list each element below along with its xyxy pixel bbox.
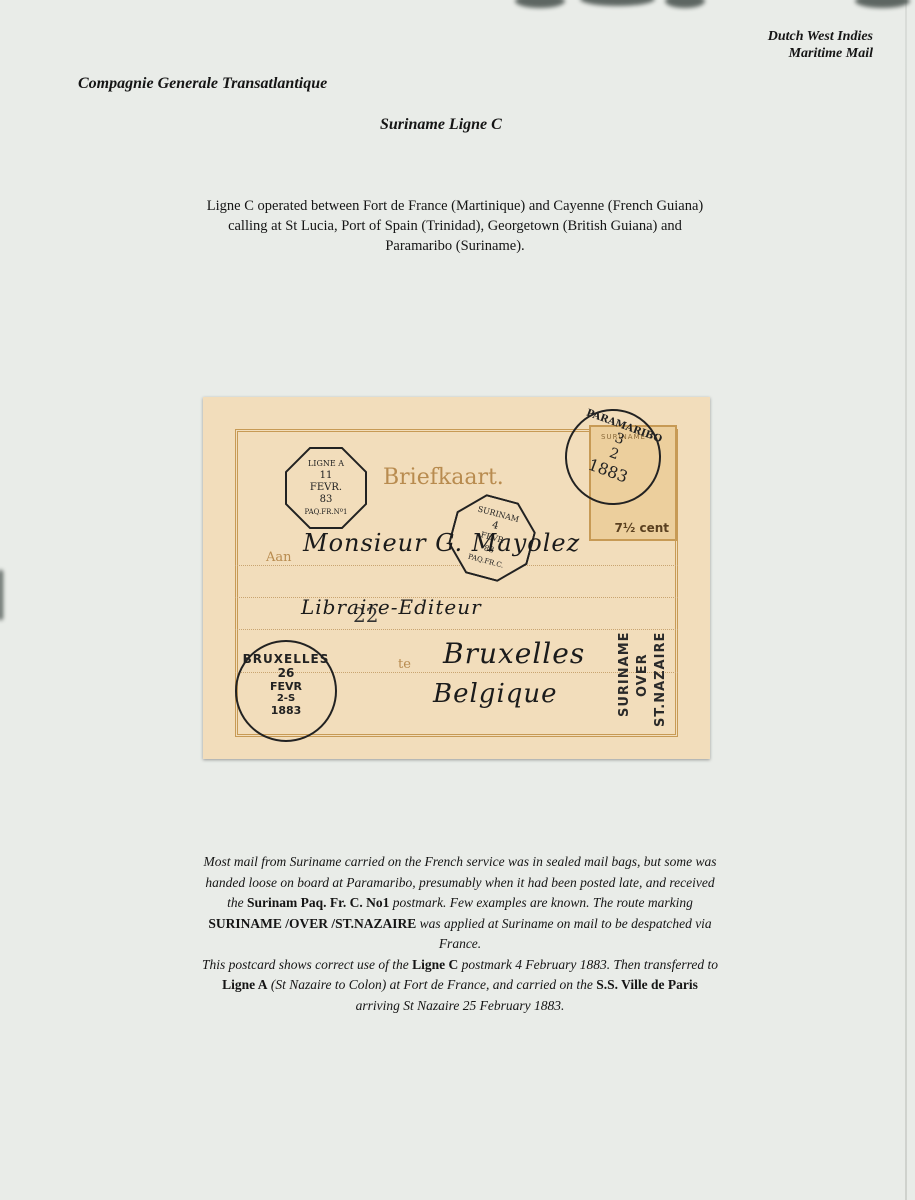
address-occupation: Libraire-Editeur (301, 595, 482, 619)
postmark-name: Surinam Paq. Fr. C. No1 (247, 895, 389, 910)
te-label: te (398, 657, 411, 672)
ship-name: S.S. Ville de Paris (596, 977, 698, 992)
postmark-year: 1883 (237, 704, 335, 717)
top-edge-smudge (855, 0, 910, 8)
address-line (235, 629, 678, 630)
heading-line-1: Dutch West Indies (768, 28, 873, 45)
address-country: Belgique (433, 679, 558, 709)
aan-label: Aan (266, 550, 292, 565)
postmark-day: 11 (320, 470, 333, 482)
collection-heading: Dutch West Indies Maritime Mail (768, 28, 873, 62)
postmark-year: 83 (320, 494, 333, 506)
postcard-image: Briefkaart. Aan te SURINAME 7½ cent PARA… (203, 397, 710, 759)
company-title: Compagnie Generale Transatlantique (78, 75, 327, 93)
top-edge-smudge (665, 0, 705, 8)
ligne-a-name: Ligne A (222, 977, 267, 992)
top-edge-smudge (580, 0, 655, 6)
heading-line-2: Maritime Mail (768, 45, 873, 62)
description-paragraph-2: This postcard shows correct use of the L… (200, 955, 720, 1017)
address-recipient: Monsieur G. Mayolez (303, 529, 580, 557)
postmark-town: BRUXELLES (237, 652, 335, 666)
address-city: Bruxelles (443, 637, 585, 670)
stamp-value: 7½ cent (615, 521, 669, 535)
postmark-time: 2-S (237, 693, 335, 704)
page-subtitle: Suriname Ligne C (380, 116, 502, 134)
left-edge-mark (0, 570, 3, 620)
ligne-c-name: Ligne C (412, 957, 458, 972)
postmark-month: FEVR (237, 680, 335, 693)
route-marking-name: SURINAME /OVER /ST.NAZAIRE (208, 916, 416, 931)
postmark-line: PAQ.FR.Nº1 (305, 506, 348, 518)
route-marking-line1: SURINAME (617, 631, 632, 717)
bruxelles-postmark: BRUXELLES 26 FEVR 2-S 1883 (235, 640, 337, 742)
card-title: Briefkaart. (383, 465, 504, 490)
postmark-line: LIGNE A (308, 458, 344, 470)
intro-paragraph: Ligne C operated between Fort de France … (195, 196, 715, 256)
postmark-month: FEVR. (310, 482, 342, 494)
route-marking-line2: OVER (635, 653, 650, 697)
album-page-edge (905, 0, 907, 1200)
address-line (235, 565, 678, 566)
route-marking-line3: ST.NAZAIRE (653, 632, 668, 727)
description-text: Most mail from Suriname carried on the F… (200, 852, 720, 1016)
top-edge-smudge (515, 0, 565, 8)
postmark-day: 26 (237, 666, 335, 680)
description-paragraph-1: Most mail from Suriname carried on the F… (200, 852, 720, 955)
